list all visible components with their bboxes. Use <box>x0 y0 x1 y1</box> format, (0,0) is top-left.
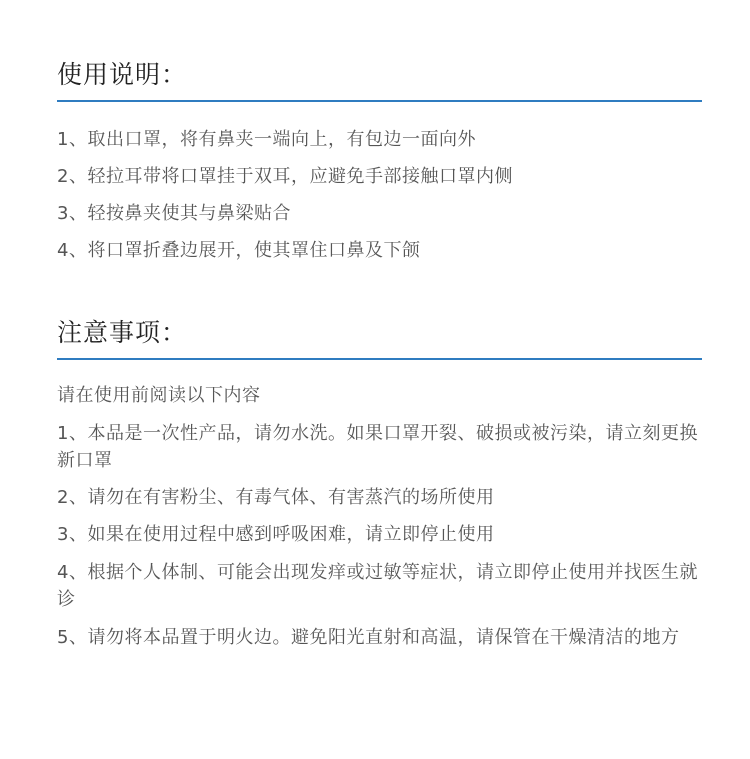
precautions-section: 注意事项： 请在使用前阅读以下内容 1、本品是一次性产品，请勿水洗。如果口罩开裂… <box>57 316 702 662</box>
precautions-title: 注意事项： <box>57 316 702 350</box>
usage-item: 2、轻拉耳带将口罩挂于双耳，应避免手部接触口罩内侧 <box>57 164 702 190</box>
precaution-item: 2、请勿在有害粉尘、有毒气体、有害蒸汽的场所使用 <box>57 485 702 511</box>
precaution-item: 5、请勿将本品置于明火边。避免阳光直射和高温，请保管在干燥清洁的地方 <box>57 624 702 651</box>
title-divider <box>57 100 702 102</box>
usage-list: 1、取出口罩，将有鼻夹一端向上，有包边一面向外 2、轻拉耳带将口罩挂于双耳，应避… <box>57 127 702 264</box>
title-divider <box>57 358 702 360</box>
precautions-list: 请在使用前阅读以下内容 1、本品是一次性产品，请勿水洗。如果口罩开裂、破损或被污… <box>57 383 702 651</box>
precautions-intro: 请在使用前阅读以下内容 <box>57 383 702 409</box>
usage-item: 1、取出口罩，将有鼻夹一端向上，有包边一面向外 <box>57 127 702 153</box>
usage-title: 使用说明： <box>57 58 702 92</box>
precaution-item: 1、本品是一次性产品，请勿水洗。如果口罩开裂、破损或被污染，请立刻更换新口罩 <box>57 420 702 474</box>
precaution-item: 4、根据个人体制、可能会出现发痒或过敏等症状，请立即停止使用并找医生就诊 <box>57 559 702 613</box>
usage-item: 4、将口罩折叠边展开，使其罩住口鼻及下颌 <box>57 238 702 264</box>
usage-instructions-section: 使用说明： 1、取出口罩，将有鼻夹一端向上，有包边一面向外 2、轻拉耳带将口罩挂… <box>57 58 702 275</box>
usage-item: 3、轻按鼻夹使其与鼻梁贴合 <box>57 201 702 227</box>
precaution-item: 3、如果在使用过程中感到呼吸困难，请立即停止使用 <box>57 522 702 548</box>
